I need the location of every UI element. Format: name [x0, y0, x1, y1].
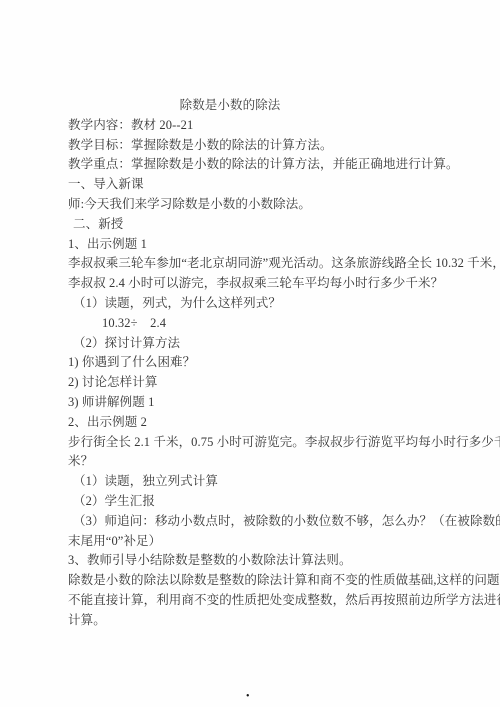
doc-line-section-2: 二、新授 — [68, 215, 446, 235]
doc-line-example-2: 2、出示例题 2 — [68, 413, 446, 433]
doc-line: 师:今天我们来学习除数是小数的小数除法。 — [68, 195, 446, 215]
doc-line: 2) 讨论怎样计算 — [68, 373, 446, 393]
document-page: 除数是小数的除法 教学内容：教材 20--21 教学目标：掌握除数是小数的除法的… — [0, 0, 500, 707]
page-marker-dot: • — [246, 692, 250, 702]
doc-line: 米？ — [68, 452, 446, 472]
doc-line: 计算。 — [68, 611, 446, 631]
doc-line-formula: 10.32÷ 2.4 — [68, 314, 446, 334]
document-content: 除数是小数的除法 教学内容：教材 20--21 教学目标：掌握除数是小数的除法的… — [68, 96, 446, 631]
doc-line: （2）学生汇报 — [68, 492, 446, 512]
doc-line-section-1: 一、导入新课 — [68, 175, 446, 195]
doc-line-summary-heading: 3、教师引导小结除数是整数的小数除法计算法则。 — [68, 551, 446, 571]
lesson-title: 除数是小数的除法 — [0, 96, 460, 116]
doc-line: 步行街全长 2.1 千米，0.75 小时可游览完。李叔叔步行游览平均每小时行多少… — [68, 433, 446, 453]
doc-line: 1) 你遇到了什么困难？ — [68, 353, 446, 373]
doc-line: （3）师追问：移动小数点时，被除数的小数位数不够，怎么办？（在被除数的 — [68, 512, 446, 532]
doc-line: 3) 师讲解例题 1 — [68, 393, 446, 413]
doc-line: 李叔叔 2.4 小时可以游完，李叔叔乘三轮车平均每小时行多少千米？ — [68, 274, 446, 294]
doc-line-example-1: 1、出示例题 1 — [68, 235, 446, 255]
doc-line-teaching-goal: 教学目标：掌握除数是小数的除法的计算方法。 — [68, 136, 446, 156]
doc-line: 李叔叔乘三轮车参加“老北京胡同游”观光活动。这条旅游线路全长 10.32 千米， — [68, 254, 446, 274]
doc-line: （2）探讨计算方法 — [68, 334, 446, 354]
doc-line: 末尾用“0”补足） — [68, 532, 446, 552]
doc-line: （1）读题，独立列式计算 — [68, 472, 446, 492]
doc-line: 除数是小数的除法以除数是整数的除法计算和商不变的性质做基础,这样的问题 — [68, 571, 446, 591]
doc-line: 不能直接计算，利用商不变的性质把处变成整数，然后再按照前边所学方法进行 — [68, 591, 446, 611]
doc-line: （1）读题，列式，为什么这样列式？ — [68, 294, 446, 314]
doc-line-teaching-focus: 教学重点：掌握除数是小数的除法的计算方法，并能正确地进行计算。 — [68, 155, 446, 175]
doc-line-teaching-content: 教学内容：教材 20--21 — [68, 116, 446, 136]
